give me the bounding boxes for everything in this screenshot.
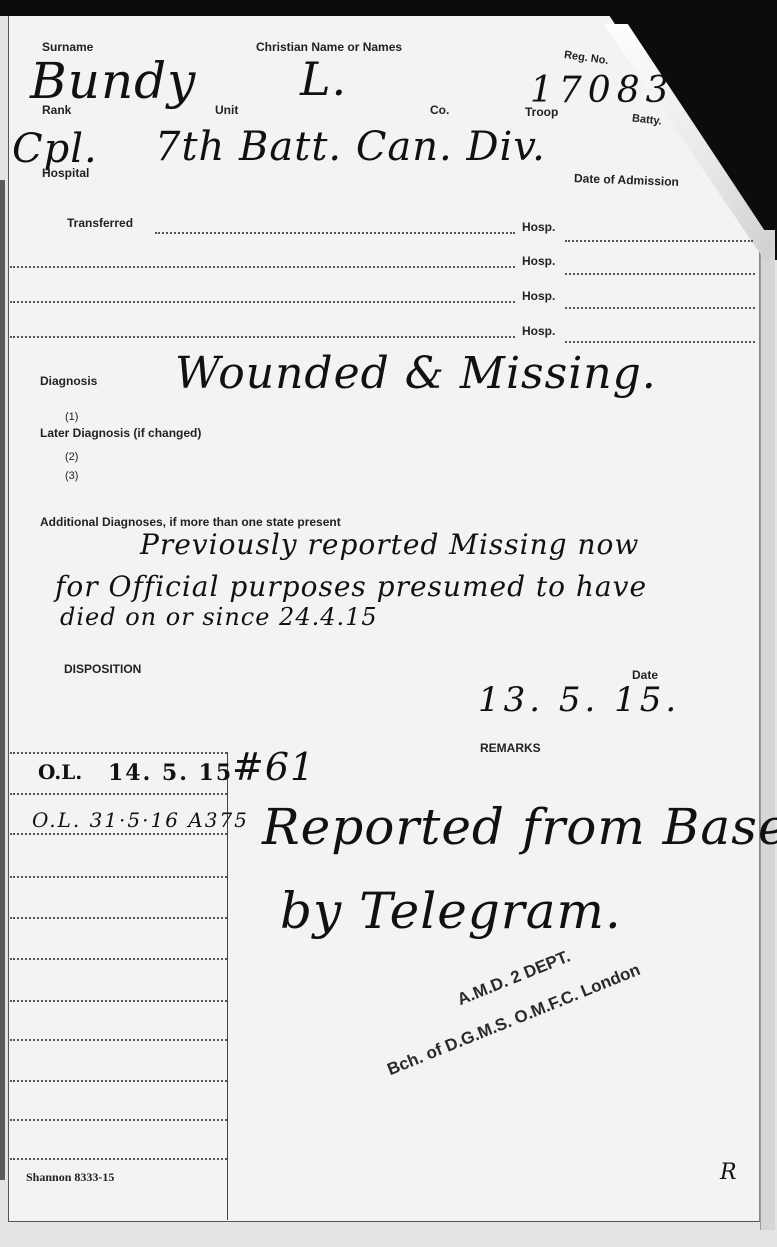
- label-hosp-4: Hosp.: [522, 324, 555, 338]
- printer-imprint: Shannon 8333-15: [26, 1170, 114, 1185]
- label-co: Co.: [430, 103, 449, 117]
- ledger-line-6: [10, 958, 227, 960]
- label-hosp-3: Hosp.: [522, 289, 555, 303]
- hosp-line-1: [565, 240, 753, 242]
- ledger-line-9: [10, 1080, 227, 1082]
- label-num-1: (1): [65, 411, 78, 423]
- transferred-line-1: [155, 232, 515, 234]
- ledger-line-3: [10, 833, 227, 835]
- entry-diagnosis: Wounded & Missing.: [175, 348, 657, 399]
- ledger-line-2: [10, 793, 227, 795]
- ledger-line-4: [10, 876, 227, 878]
- entry-additional-line-3: died on or since 24.4.15: [60, 603, 378, 631]
- label-transferred: Transferred: [67, 216, 133, 230]
- ledger-line-1: [10, 752, 227, 754]
- label-additional-diagnoses: Additional Diagnoses, if more than one s…: [40, 515, 341, 529]
- ledger-line-8: [10, 1039, 227, 1041]
- entry-remark-number: #61: [232, 745, 315, 789]
- entry-disposition-date: 13. 5. 15.: [478, 680, 680, 720]
- label-disposition: DISPOSITION: [64, 662, 141, 676]
- label-later-diagnosis: Later Diagnosis (if changed): [40, 426, 201, 440]
- ledger-line-10: [10, 1119, 227, 1121]
- label-diagnosis: Diagnosis: [40, 374, 97, 388]
- entry-additional-line-2: for Official purposes presumed to have: [55, 570, 647, 603]
- entry-christian-name: L.: [300, 52, 347, 106]
- entry-additional-line-1: Previously reported Missing now: [140, 528, 639, 561]
- label-rank: Rank: [42, 103, 71, 117]
- entry-initials: R: [720, 1160, 738, 1185]
- entry-ol-date: 14. 5. 15: [108, 760, 233, 786]
- entry-ol-second: O.L. 31·5·16 A375: [32, 808, 249, 832]
- label-unit: Unit: [215, 103, 238, 117]
- entry-ol-prefix: O.L.: [38, 760, 82, 784]
- entry-remarks-line-2: by Telegram.: [280, 882, 622, 940]
- label-num-2: (2): [65, 451, 78, 463]
- entry-remarks-line-1: Reported from Base:: [262, 798, 777, 856]
- ledger-line-5: [10, 917, 227, 919]
- entry-unit: 7th Batt. Can. Div.: [155, 124, 546, 170]
- ledger-line-11: [10, 1158, 227, 1160]
- scan-left-edge: [0, 180, 5, 1180]
- label-hospital: Hospital: [42, 166, 89, 180]
- label-troop: Troop: [525, 105, 558, 119]
- card-stack-edge: [760, 230, 775, 1230]
- transferred-line-3: [10, 301, 515, 303]
- hosp-line-4: [565, 341, 755, 343]
- transferred-line-2: [10, 266, 515, 268]
- ledger-line-7: [10, 1000, 227, 1002]
- label-hosp-1: Hosp.: [522, 220, 555, 234]
- label-remarks: REMARKS: [480, 741, 541, 755]
- label-hosp-2: Hosp.: [522, 254, 555, 268]
- hosp-line-3: [565, 307, 755, 309]
- label-num-3: (3): [65, 470, 78, 482]
- entry-surname: Bundy: [30, 52, 196, 110]
- hosp-line-2: [565, 273, 755, 275]
- transferred-line-4: [10, 336, 515, 338]
